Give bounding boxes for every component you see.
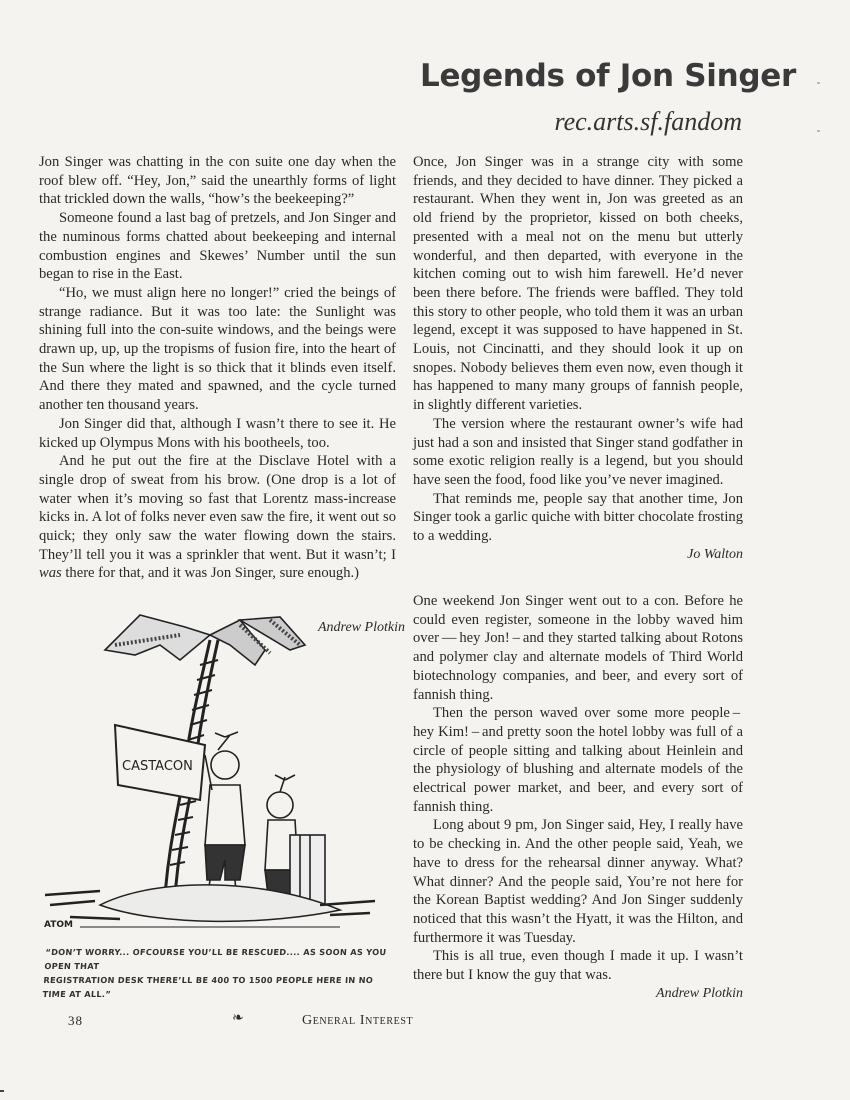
cartoon-illustration: CASTACON — [40, 605, 380, 935]
paragraph: And he put out the fire at the Disclave … — [39, 452, 396, 583]
paragraph-text: And he put out the fire at the Disclave … — [39, 453, 396, 563]
scan-mark — [817, 82, 820, 84]
left-column: Jon Singer was chatting in the con suite… — [39, 153, 396, 583]
paragraph: Jon Singer did that, although I wasn’t t… — [39, 415, 396, 452]
paragraph: Once, Jon Singer was in a strange city w… — [413, 153, 743, 415]
fleuron-ornament-icon: ❧ — [232, 1010, 244, 1027]
paragraph: Then the person waved over some more peo… — [413, 704, 743, 816]
article-title: Legends of Jon Singer — [416, 58, 796, 94]
paragraph: This is all true, even though I made it … — [413, 947, 743, 984]
paragraph-text: there for that, and it was Jon Singer, s… — [62, 565, 359, 581]
paragraph: That reminds me, people say that another… — [413, 490, 743, 546]
cartoon-caption: “DON’T WORRY... OFCOURSE YOU’LL BE RESCU… — [42, 945, 396, 1001]
author-byline: Jo Walton — [413, 546, 743, 565]
desert-island-cartoon-icon: CASTACON — [40, 605, 380, 935]
magazine-page: Legends of Jon Singer rec.arts.sf.fandom… — [0, 0, 850, 1100]
svg-text:CASTACON: CASTACON — [122, 759, 193, 774]
page-number: 38 — [68, 1013, 83, 1029]
cartoon-credit: Andrew Plotkin — [318, 620, 405, 636]
paragraph: Someone found a last bag of pretzels, an… — [39, 209, 396, 284]
article-subtitle: rec.arts.sf.fandom — [416, 107, 742, 137]
svg-text:ATOM: ATOM — [44, 920, 73, 930]
right-column-story-2: One weekend Jon Singer went out to a con… — [413, 592, 743, 1003]
section-name: General Interest — [302, 1013, 413, 1029]
paragraph: Long about 9 pm, Jon Singer said, Hey, I… — [413, 816, 743, 947]
scan-mark — [817, 130, 820, 132]
right-column-story-1: Once, Jon Singer was in a strange city w… — [413, 153, 743, 564]
paragraph: “Ho, we must align here no longer!” crie… — [39, 284, 396, 415]
caption-line: “DON’T WORRY... OFCOURSE YOU’LL BE RESCU… — [44, 945, 396, 973]
emphasis-text: was — [39, 565, 62, 581]
scan-mark — [0, 1090, 4, 1092]
author-byline: Andrew Plotkin — [413, 985, 743, 1004]
paragraph: The version where the restaurant owner’s… — [413, 415, 743, 490]
paragraph: One weekend Jon Singer went out to a con… — [413, 592, 743, 704]
caption-line: REGISTRATION DESK THERE’LL BE 400 TO 150… — [42, 973, 394, 1001]
paragraph: Jon Singer was chatting in the con suite… — [39, 153, 396, 209]
